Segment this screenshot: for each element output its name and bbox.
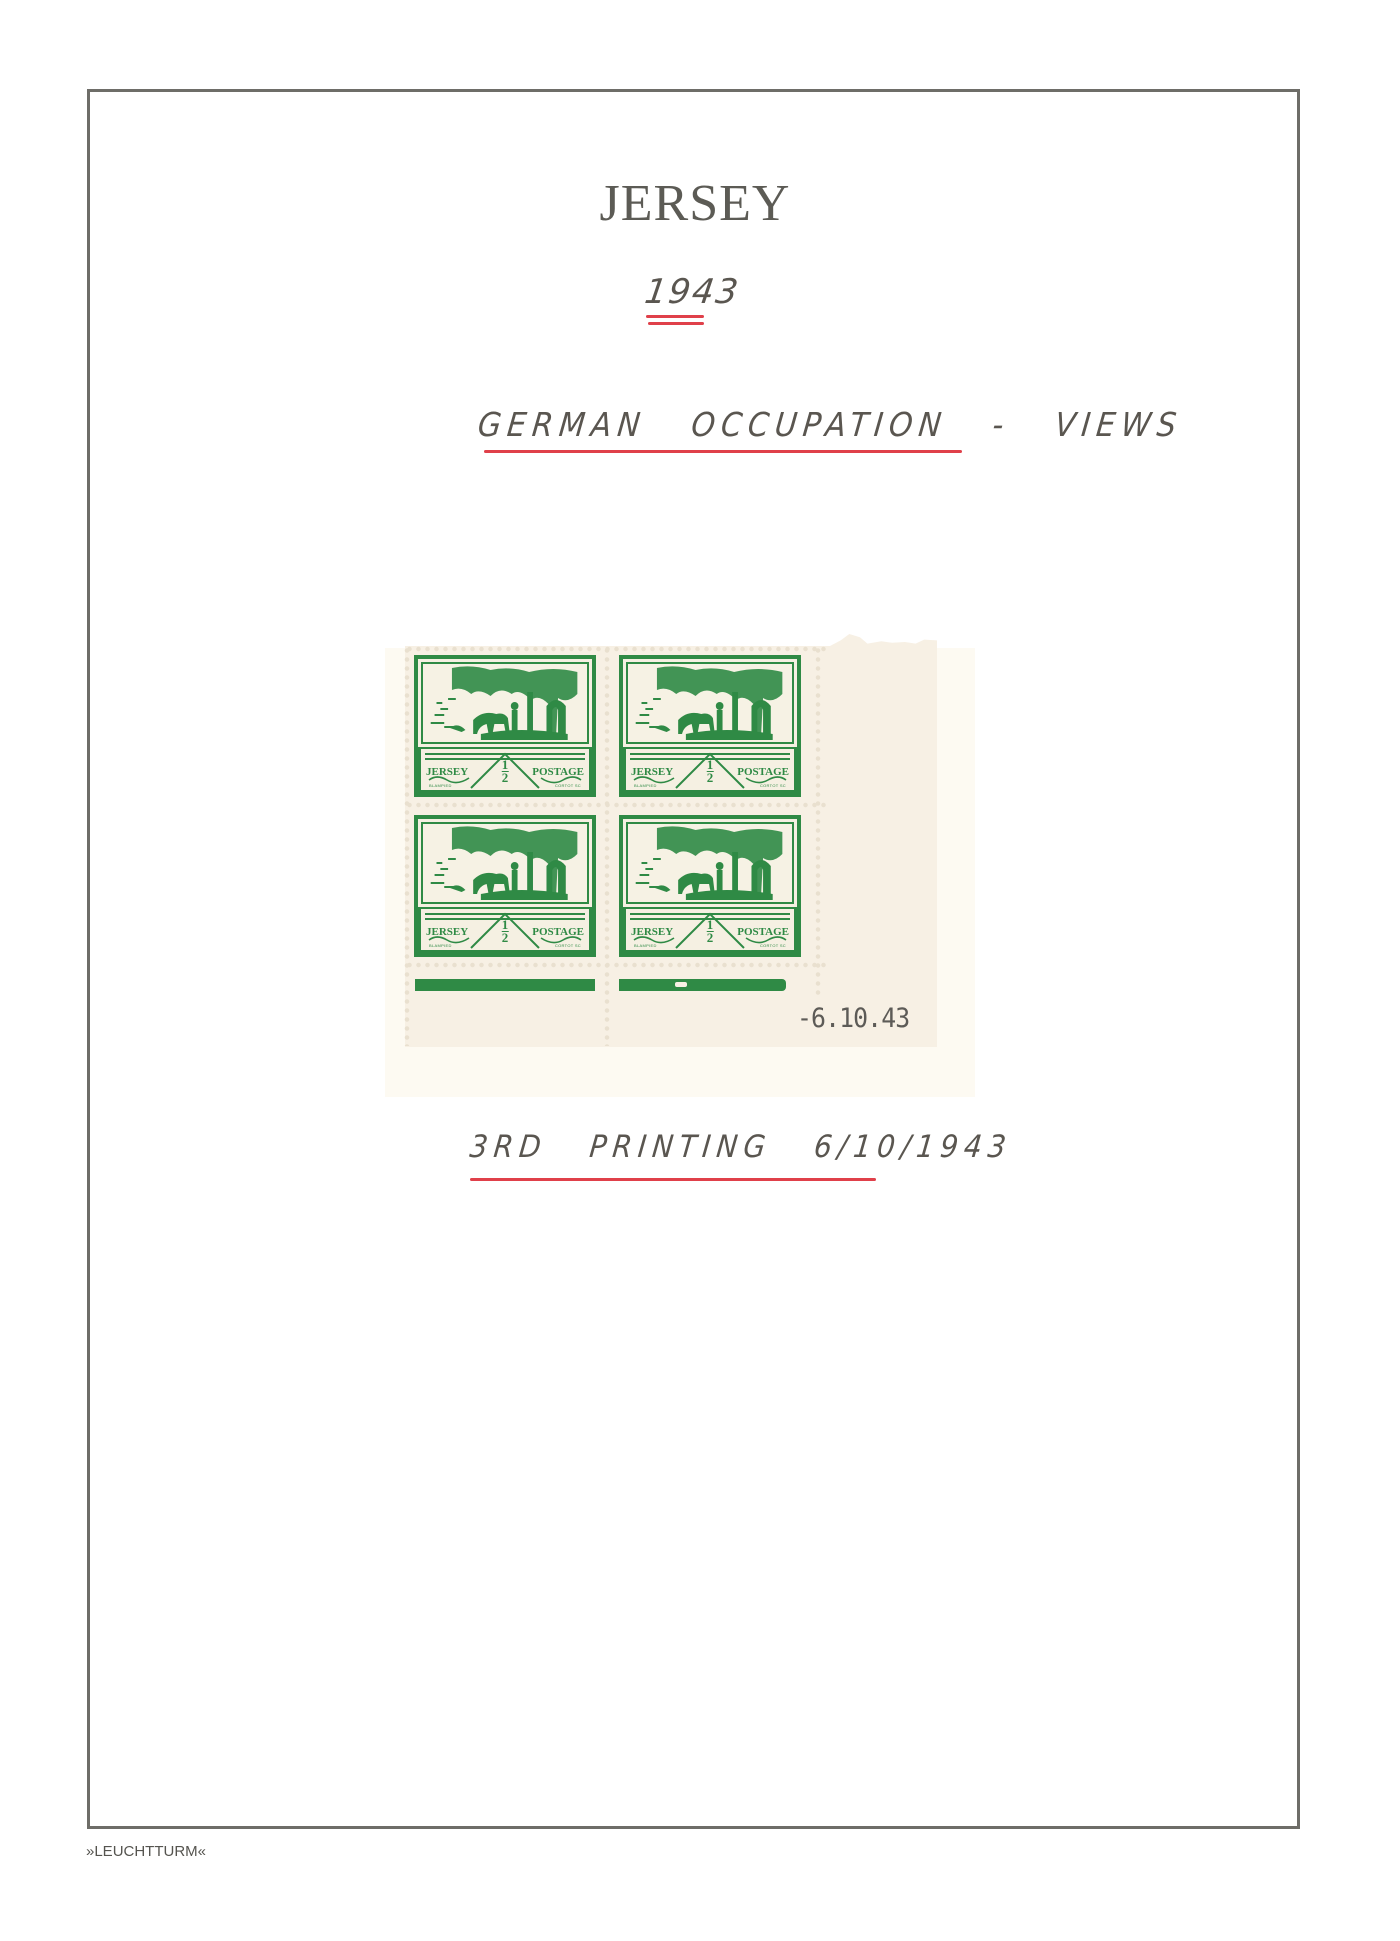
stamp-vignette bbox=[421, 822, 589, 904]
bar-notch bbox=[675, 982, 687, 987]
perforation-row-bottom bbox=[405, 962, 830, 968]
subtitle-underline bbox=[484, 450, 962, 453]
sheet-margin-bar-right bbox=[619, 979, 786, 991]
stamp-vignette bbox=[626, 662, 794, 744]
printing-underline bbox=[470, 1178, 876, 1181]
stamp-engraver-inscription: CORTOT SC bbox=[555, 783, 581, 788]
perforation-row-middle bbox=[405, 802, 830, 808]
stamp-vignette bbox=[626, 822, 794, 904]
album-brand-mark: »LEUCHTTURM« bbox=[86, 1843, 206, 1860]
stamp-engraver-inscription: CORTOT SC bbox=[760, 783, 786, 788]
perforation-col-right bbox=[815, 646, 821, 996]
year-annotation: 1943 bbox=[642, 272, 742, 312]
stamp-designer-inscription: BLAMPIED bbox=[429, 783, 452, 788]
stamp-designer-inscription: BLAMPIED bbox=[634, 783, 657, 788]
stamp-engraver-inscription: CORTOT SC bbox=[760, 943, 786, 948]
printing-annotation: 3RD PRINTING 6/10/1943 bbox=[468, 1128, 1014, 1164]
year-underline-1 bbox=[646, 315, 704, 318]
stamp-value: 12 bbox=[707, 759, 714, 784]
perforation-row-top bbox=[405, 646, 830, 652]
stamp-value: 12 bbox=[502, 919, 509, 944]
stamp-vignette bbox=[421, 662, 589, 744]
perforation-col-left bbox=[404, 646, 410, 1046]
sheet-date-imprint: -6.10.43 bbox=[797, 1003, 909, 1034]
stamp-bottom-left: JERSEY 12 POSTAGE BLAMPIED CORTOT SC bbox=[414, 815, 596, 957]
stamp-value: 12 bbox=[502, 759, 509, 784]
stamp-bottom-right: JERSEY 12 POSTAGE BLAMPIED CORTOT SC bbox=[619, 815, 801, 957]
stamp-designer-inscription: BLAMPIED bbox=[634, 943, 657, 948]
year-underline-2 bbox=[648, 322, 704, 325]
page-title: JERSEY bbox=[0, 176, 1390, 232]
subtitle-annotation: GERMAN OCCUPATION - VIEWS bbox=[476, 406, 1184, 445]
stamp-designer-inscription: BLAMPIED bbox=[429, 943, 452, 948]
stamp-engraver-inscription: CORTOT SC bbox=[555, 943, 581, 948]
stamp-top-right: JERSEY 12 POSTAGE BLAMPIED CORTOT SC bbox=[619, 655, 801, 797]
stamp-top-left: JERSEY 12 POSTAGE BLAMPIED CORTOT SC bbox=[414, 655, 596, 797]
sheet-margin-bar-left bbox=[415, 979, 595, 991]
perforation-col-middle bbox=[604, 646, 610, 1046]
stamp-value: 12 bbox=[707, 919, 714, 944]
